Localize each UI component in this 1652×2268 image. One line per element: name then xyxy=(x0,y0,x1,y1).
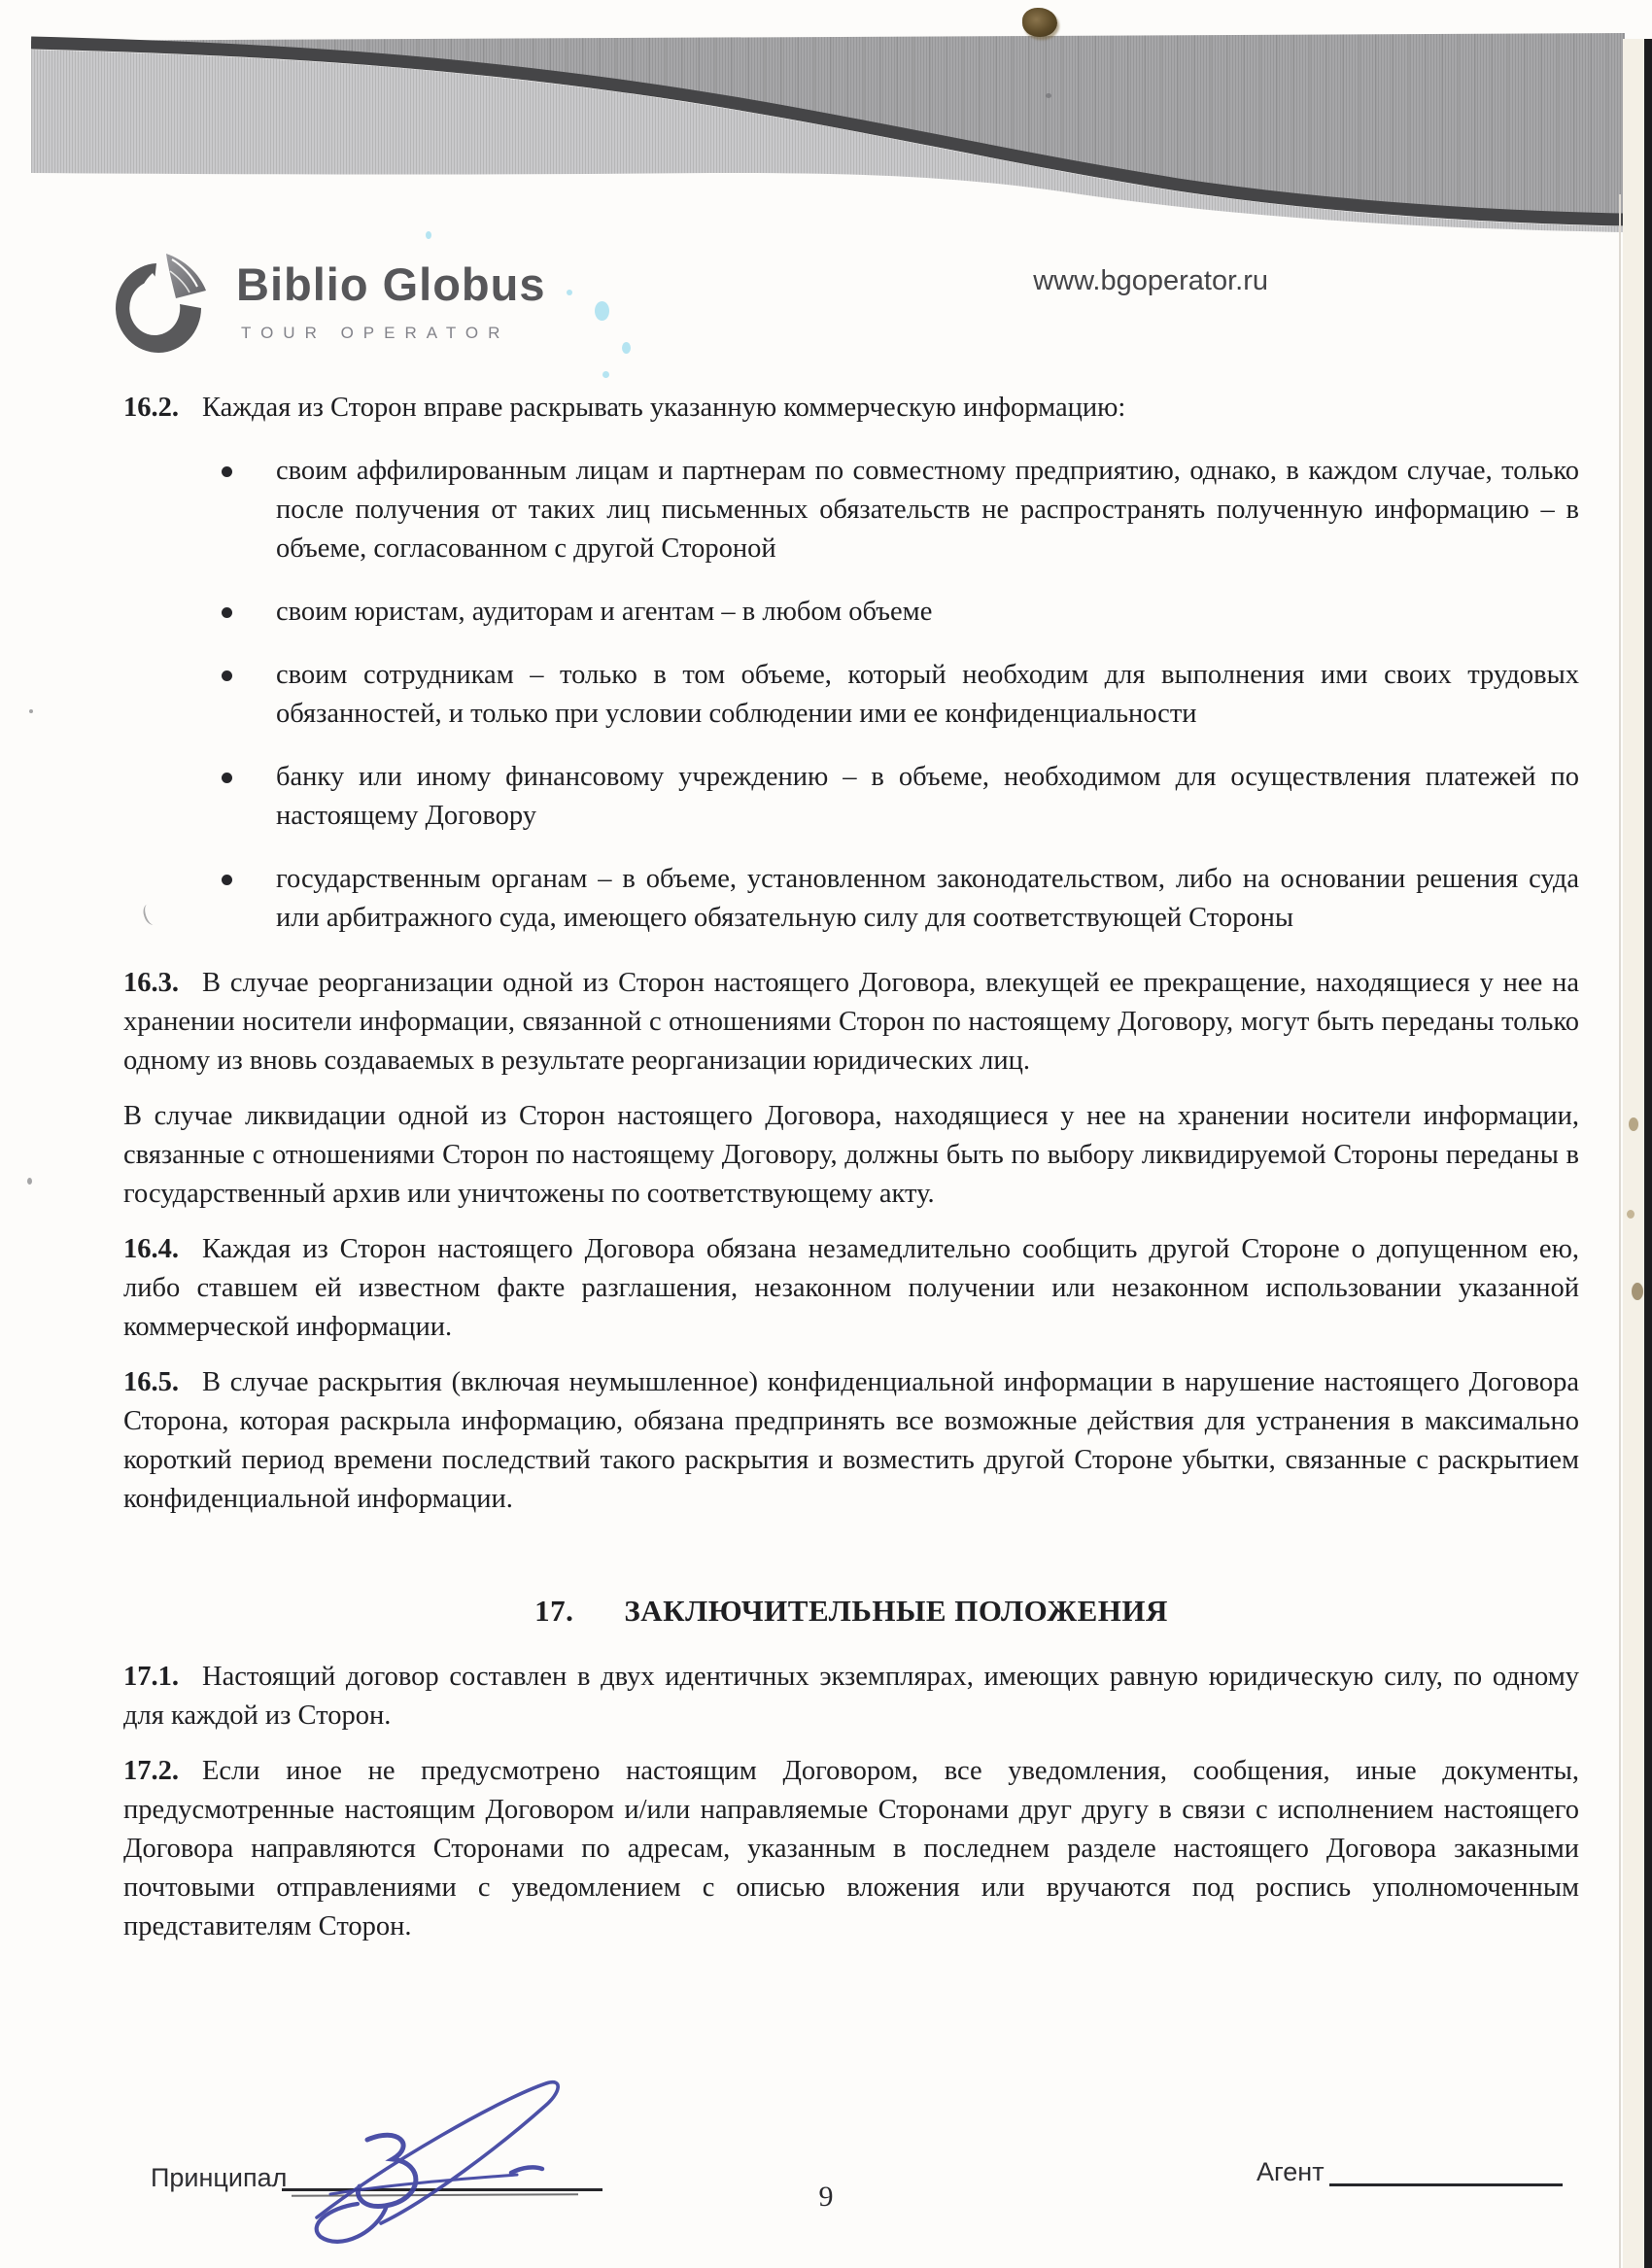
section-title: ЗАКЛЮЧИТЕЛЬНЫЕ ПОЛОЖЕНИЯ xyxy=(624,1594,1168,1628)
list-item: государственным органам – в объеме, уста… xyxy=(123,860,1579,938)
clause-text: Каждая из Сторон настоящего Договора обя… xyxy=(123,1234,1579,1342)
clause-17-1: 17.1.Настоящий договор составлен в двух … xyxy=(123,1658,1579,1735)
clause-16-5: 16.5.В случае раскрытия (включая неумышл… xyxy=(123,1363,1579,1519)
cyan-speck xyxy=(622,342,631,354)
clause-text: В случае ликвидации одной из Сторон наст… xyxy=(123,1101,1579,1209)
clause-number: 17.2. xyxy=(123,1752,179,1791)
bullet-text: государственным органам – в объеме, уста… xyxy=(276,864,1579,933)
cyan-speck xyxy=(426,231,431,239)
contract-body: 16.2.Каждая из Сторон вправе раскрывать … xyxy=(123,389,1579,1946)
principal-signature-ink xyxy=(272,2070,593,2250)
scan-edge-line xyxy=(1619,194,1621,2268)
brand-name: Biblio Globus xyxy=(236,258,545,311)
bullet-dot xyxy=(222,773,232,783)
section-17-heading: 17.ЗАКЛЮЧИТЕЛЬНЫЕ ПОЛОЖЕНИЯ xyxy=(123,1591,1579,1632)
clause-16-2: 16.2.Каждая из Сторон вправе раскрывать … xyxy=(123,389,1579,428)
letterhead: Biblio Globus TOUR OPERATOR www.bgoperat… xyxy=(112,248,1540,374)
clause-number: 16.2. xyxy=(123,389,179,428)
list-item: своим сотрудникам – только в том объеме,… xyxy=(123,656,1579,734)
list-item: своим юристам, аудиторам и агентам – в л… xyxy=(123,593,1579,632)
dust-speck xyxy=(27,1178,32,1185)
scan-edge-black xyxy=(1644,39,1652,2268)
cyan-speck xyxy=(602,371,609,378)
agent-signature-line xyxy=(1329,2183,1563,2186)
dust-speck xyxy=(1046,93,1051,98)
clause-text: В случае реорганизации одной из Сторон н… xyxy=(123,968,1579,1076)
bullet-dot xyxy=(222,607,232,618)
bullet-text: банку или иному финансовому учреждению –… xyxy=(276,762,1579,831)
letterhead-wave-band xyxy=(31,27,1625,233)
brand-tagline: TOUR OPERATOR xyxy=(241,324,509,343)
clause-17-2: 17.2.Если иное не предусмотрено настоящи… xyxy=(123,1752,1579,1946)
biblio-globus-logo-icon xyxy=(112,252,213,361)
clause-number: 16.4. xyxy=(123,1230,179,1269)
clause-text: В случае раскрытия (включая неумышленное… xyxy=(123,1367,1579,1514)
edge-stain xyxy=(1627,1210,1635,1219)
principal-label: Принципал xyxy=(151,2163,287,2193)
list-item: банку или иному финансовому учреждению –… xyxy=(123,758,1579,836)
bullet-text: своим сотрудникам – только в том объеме,… xyxy=(276,660,1579,729)
page-number: 9 xyxy=(797,2181,855,2214)
bullet-text: своим юристам, аудиторам и агентам – в л… xyxy=(276,597,932,627)
bullet-dot xyxy=(222,670,232,681)
dust-speck xyxy=(29,709,33,713)
list-item: своим аффилированным лицам и партнерам п… xyxy=(123,452,1579,568)
disclosure-bullet-list: своим аффилированным лицам и партнерам п… xyxy=(123,452,1579,938)
clause-text: Каждая из Сторон вправе раскрывать указа… xyxy=(202,393,1125,423)
clause-number: 16.3. xyxy=(123,964,179,1003)
clause-16-4: 16.4.Каждая из Сторон настоящего Договор… xyxy=(123,1230,1579,1347)
edge-stain xyxy=(1629,1117,1638,1131)
clause-16-3-liquidation: В случае ликвидации одной из Сторон наст… xyxy=(123,1097,1579,1214)
clause-text: Если иное не предусмотрено настоящим Дог… xyxy=(123,1756,1579,1942)
edge-stain xyxy=(1632,1283,1643,1300)
scanned-contract-page: Biblio Globus TOUR OPERATOR www.bgoperat… xyxy=(0,0,1652,2268)
scan-edge-stain-strip xyxy=(1623,39,1644,2268)
clause-number: 16.5. xyxy=(123,1363,179,1402)
bullet-dot xyxy=(222,466,232,477)
website-url: www.bgoperator.ru xyxy=(1033,265,1268,297)
bullet-dot xyxy=(222,875,232,885)
agent-label: Агент xyxy=(1256,2157,1325,2187)
clause-number: 17.1. xyxy=(123,1658,179,1697)
section-number: 17. xyxy=(534,1594,573,1628)
bullet-text: своим аффилированным лицам и партнерам п… xyxy=(276,456,1579,564)
clause-text: Настоящий договор составлен в двух идент… xyxy=(123,1662,1579,1731)
staple-mark xyxy=(1022,8,1057,37)
clause-16-3: 16.3.В случае реорганизации одной из Сто… xyxy=(123,964,1579,1081)
cyan-speck xyxy=(595,301,609,321)
cyan-speck xyxy=(567,290,572,295)
